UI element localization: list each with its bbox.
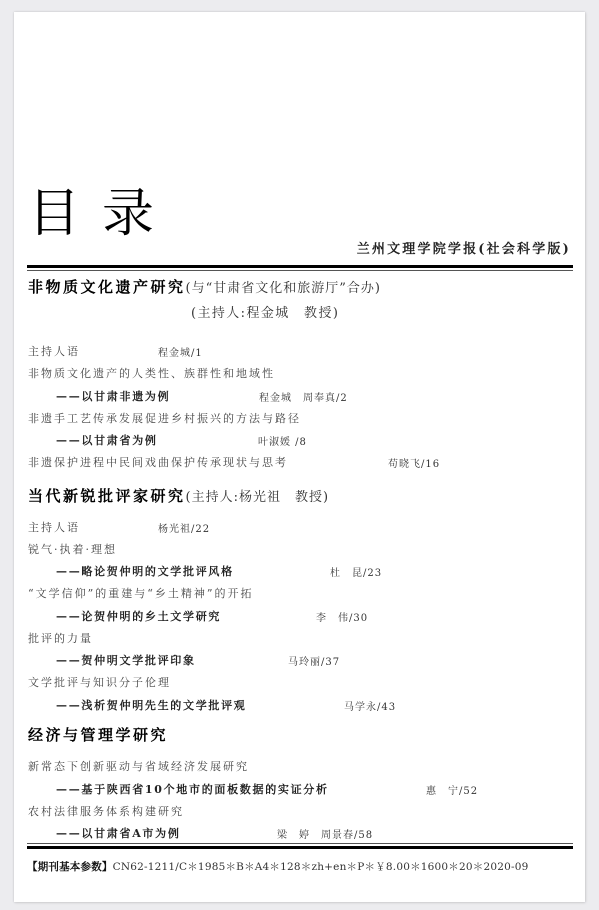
toc-entry-subtitle[interactable]: ——以甘肃省为例 — [56, 432, 158, 448]
toc-entry-author: 惠 宁/52 — [426, 782, 478, 797]
toc-entry-subtitle[interactable]: ——基于陕西省10个地市的面板数据的实证分析 — [56, 781, 329, 797]
section-note: (与“甘肃省文化和旅游厅”合办) — [186, 281, 381, 296]
toc-entry-title[interactable]: 主持人语 — [28, 519, 80, 535]
toc-page: 目录 兰州文理学院学报(社会科学版) 非物质文化遗产研究(与“甘肃省文化和旅游厅… — [14, 12, 585, 902]
toc-entry-title[interactable]: 非遗手工艺传承发展促进乡村振兴的方法与路径 — [28, 410, 301, 426]
toc-entry-author: 程金城/1 — [158, 344, 203, 359]
toc-entry-subtitle[interactable]: ——贺仲明文学批评印象 — [56, 652, 196, 668]
toc-entry-title[interactable]: 非物质文化遗产的人类性、族群性和地域性 — [28, 365, 275, 381]
toc-entry-author: 马学永/43 — [344, 698, 396, 713]
toc-entry-title[interactable]: 农村法律服务体系构建研究 — [28, 803, 184, 819]
journal-name: 兰州文理学院学报(社会科学版) — [357, 238, 571, 257]
toc-entry-subtitle[interactable]: ——略论贺仲明的文学批评风格 — [56, 563, 234, 579]
toc-entry-author: 李 伟/30 — [316, 609, 368, 624]
toc-entry-subtitle[interactable]: ——论贺仲明的乡土文学研究 — [56, 608, 221, 624]
section-title: 当代新锐批评家研究 — [28, 487, 186, 505]
toc-entry-author: 梁 婷 周景春/58 — [277, 826, 373, 841]
toc-entry-subtitle[interactable]: ——浅析贺仲明先生的文学批评观 — [56, 697, 247, 713]
footer-rule-thick — [27, 846, 573, 849]
section-heading: 非物质文化遗产研究(与“甘肃省文化和旅游厅”合办) — [28, 276, 381, 297]
section-title: 经济与管理学研究 — [28, 726, 168, 744]
toc-entry-author: 马玲丽/37 — [288, 653, 340, 668]
toc-entry-title[interactable]: 文学批评与知识分子伦理 — [28, 674, 171, 690]
toc-entry-title[interactable]: 新常态下创新驱动与省域经济发展研究 — [28, 758, 249, 774]
toc-entry-author: 杜 昆/23 — [330, 564, 382, 579]
section-note: (主持人:杨光祖 教授) — [186, 490, 330, 505]
toc-entry-title[interactable]: 批评的力量 — [28, 630, 93, 646]
section-host: (主持人:程金城 教授) — [191, 302, 339, 321]
section-heading: 经济与管理学研究 — [28, 724, 168, 745]
header-rule-thin — [27, 270, 573, 271]
toc-entry-subtitle[interactable]: ——以甘肃非遗为例 — [56, 388, 170, 404]
journal-parameters: 【期刊基本参数】CN62-1211/C＊1985＊B＊A4＊128＊zh+en＊… — [27, 859, 529, 874]
toc-entry-author: 叶淑媛 /8 — [258, 433, 307, 448]
toc-entry-title[interactable]: “文学信仰”的重建与“乡土精神”的开拓 — [28, 585, 254, 601]
toc-entry-author: 程金城 周奉真/2 — [259, 389, 348, 404]
toc-entry-subtitle[interactable]: ——以甘肃省A市为例 — [56, 825, 181, 841]
toc-entry-title[interactable]: 锐气·执着·理想 — [28, 541, 117, 557]
section-heading: 当代新锐批评家研究(主持人:杨光祖 教授) — [28, 485, 329, 506]
section-title: 非物质文化遗产研究 — [28, 278, 186, 296]
toc-entry-title[interactable]: 非遗保护进程中民间戏曲保护传承现状与思考 — [28, 454, 288, 470]
parameters-value: CN62-1211/C＊1985＊B＊A4＊128＊zh+en＊P＊￥8.00＊… — [113, 861, 529, 873]
footer-rule-thin — [27, 843, 573, 844]
toc-entry-title[interactable]: 主持人语 — [28, 343, 80, 359]
toc-entry-author: 苟晓飞/16 — [388, 455, 440, 470]
parameters-label: 【期刊基本参数】 — [27, 861, 113, 873]
header-rule-thick — [27, 265, 573, 268]
toc-entry-author: 杨光祖/22 — [158, 520, 210, 535]
page-title: 目录 — [28, 184, 176, 244]
